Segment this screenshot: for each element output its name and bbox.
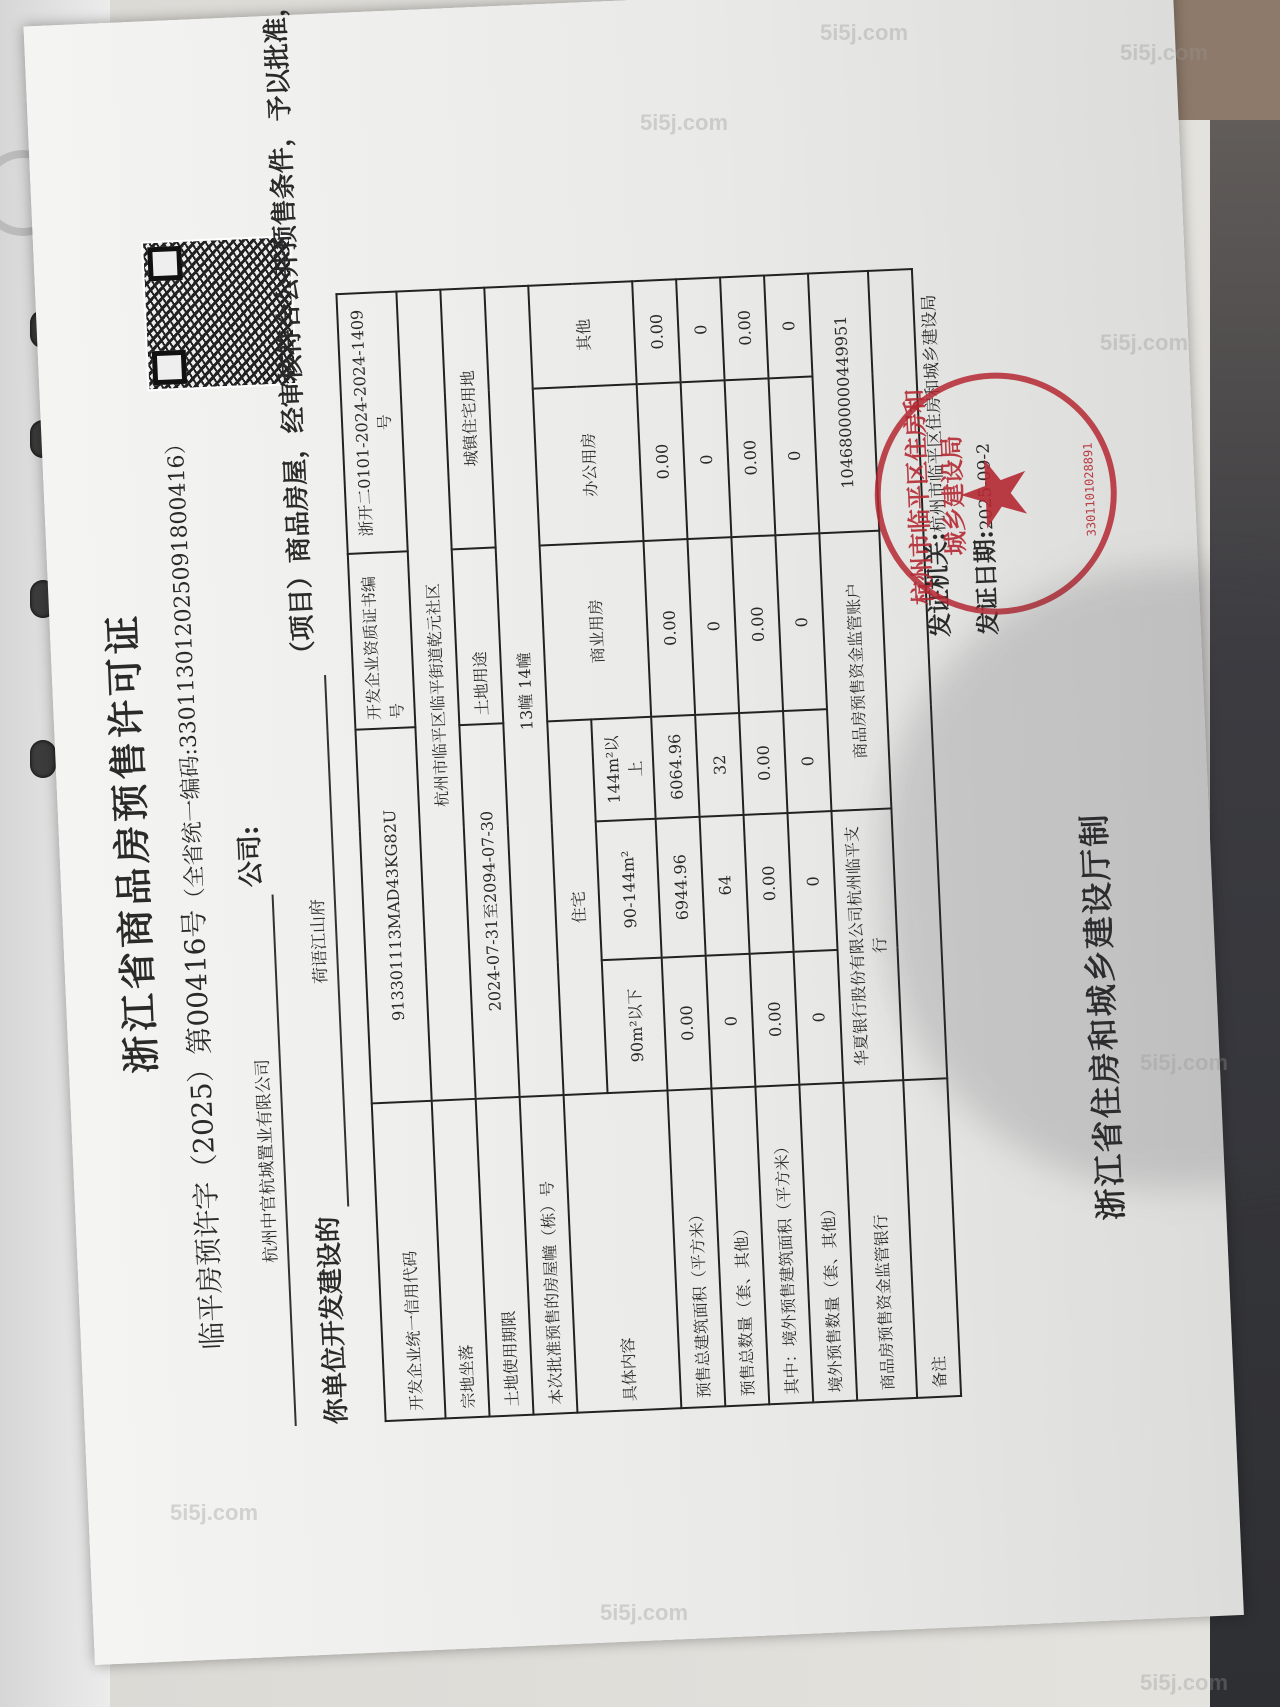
permit-prefix: 临平房预许字	[189, 1181, 229, 1350]
watermark: 5i5j.com	[820, 20, 908, 46]
cell-value: 0.00	[731, 535, 783, 713]
cell-value: 0	[775, 533, 827, 711]
company-suffix: 公司:	[235, 825, 268, 888]
cell-value: 0.00	[637, 382, 688, 541]
cell-value: 0	[787, 811, 837, 952]
seal-text: 杭州市临平区住房和城乡建设局	[894, 380, 974, 613]
details-label: 具体内容	[564, 1090, 682, 1412]
cell-value: 0	[681, 380, 732, 539]
cell-value: 0.00	[725, 378, 776, 537]
cell-value: 0	[769, 376, 820, 535]
cell-value: 64	[700, 815, 750, 956]
punch-hole	[30, 740, 56, 778]
unified-code-label: （全省统一编码:	[177, 748, 209, 910]
column-header: 商业用房	[540, 541, 652, 721]
watermark: 5i5j.com	[1100, 330, 1188, 356]
unified-code: 330113012025091800416）	[163, 432, 202, 749]
permit-serial: 第00416号	[177, 909, 216, 1055]
company-prefix: 你单位开发建设的	[314, 1216, 353, 1425]
cell-value: 0	[706, 954, 756, 1089]
column-header: 办公用房	[533, 384, 644, 546]
cell-value: 0	[676, 277, 724, 382]
column-header: 90-144m²	[596, 819, 662, 961]
watermark: 5i5j.com	[600, 1600, 688, 1626]
cell-value: 0.00	[720, 275, 768, 380]
watermark: 5i5j.com	[1140, 1670, 1228, 1696]
cell-value: 0.00	[739, 711, 787, 815]
watermark: 5i5j.com	[1140, 1050, 1228, 1076]
qualification-label: 开发企业资质证书编号	[348, 551, 416, 730]
company-name: 杭州中官杭城置业有限公司	[241, 894, 297, 1427]
permit-paper: 浙江省商品房预售许可证 临平房预许字（2025）第00416号（全省统一编码:3…	[23, 0, 1243, 1665]
qualification-value: 浙开二0101-2024-2024-1409号	[336, 292, 407, 554]
project-name: 荷语江山府	[293, 675, 349, 1208]
permit-table: 开发企业统一信用代码 913301113MAD43KG82U 开发企业资质证书编…	[335, 268, 962, 1422]
cell-value: 0	[783, 709, 831, 813]
cell-value: 0.00	[632, 279, 680, 384]
watermark: 5i5j.com	[1120, 40, 1208, 66]
cell-value: 0	[794, 950, 844, 1085]
cell-value: 6944.96	[656, 817, 706, 958]
cell-value: 0	[764, 274, 812, 379]
cell-value: 0.00	[662, 956, 712, 1091]
cell-value: 0	[687, 537, 739, 715]
company-line: 杭州中官杭城置业有限公司 公司:	[229, 825, 297, 1428]
watermark: 5i5j.com	[640, 110, 728, 136]
column-header: 144m²以上	[591, 717, 655, 821]
watermark: 5i5j.com	[170, 1500, 258, 1526]
permit-year: （2025）	[183, 1054, 222, 1183]
cell-value: 0.00	[750, 952, 800, 1087]
column-header: 90m²以下	[602, 958, 668, 1093]
cell-value: 0.00	[643, 539, 695, 717]
cell-value: 0.00	[744, 813, 794, 954]
cell-value: 32	[695, 713, 743, 817]
account-value: 10468000000449951	[808, 271, 879, 533]
column-header: 其他	[528, 281, 636, 388]
land-use-label: 土地用途	[452, 548, 504, 726]
cell-value: 6064.96	[651, 715, 699, 819]
